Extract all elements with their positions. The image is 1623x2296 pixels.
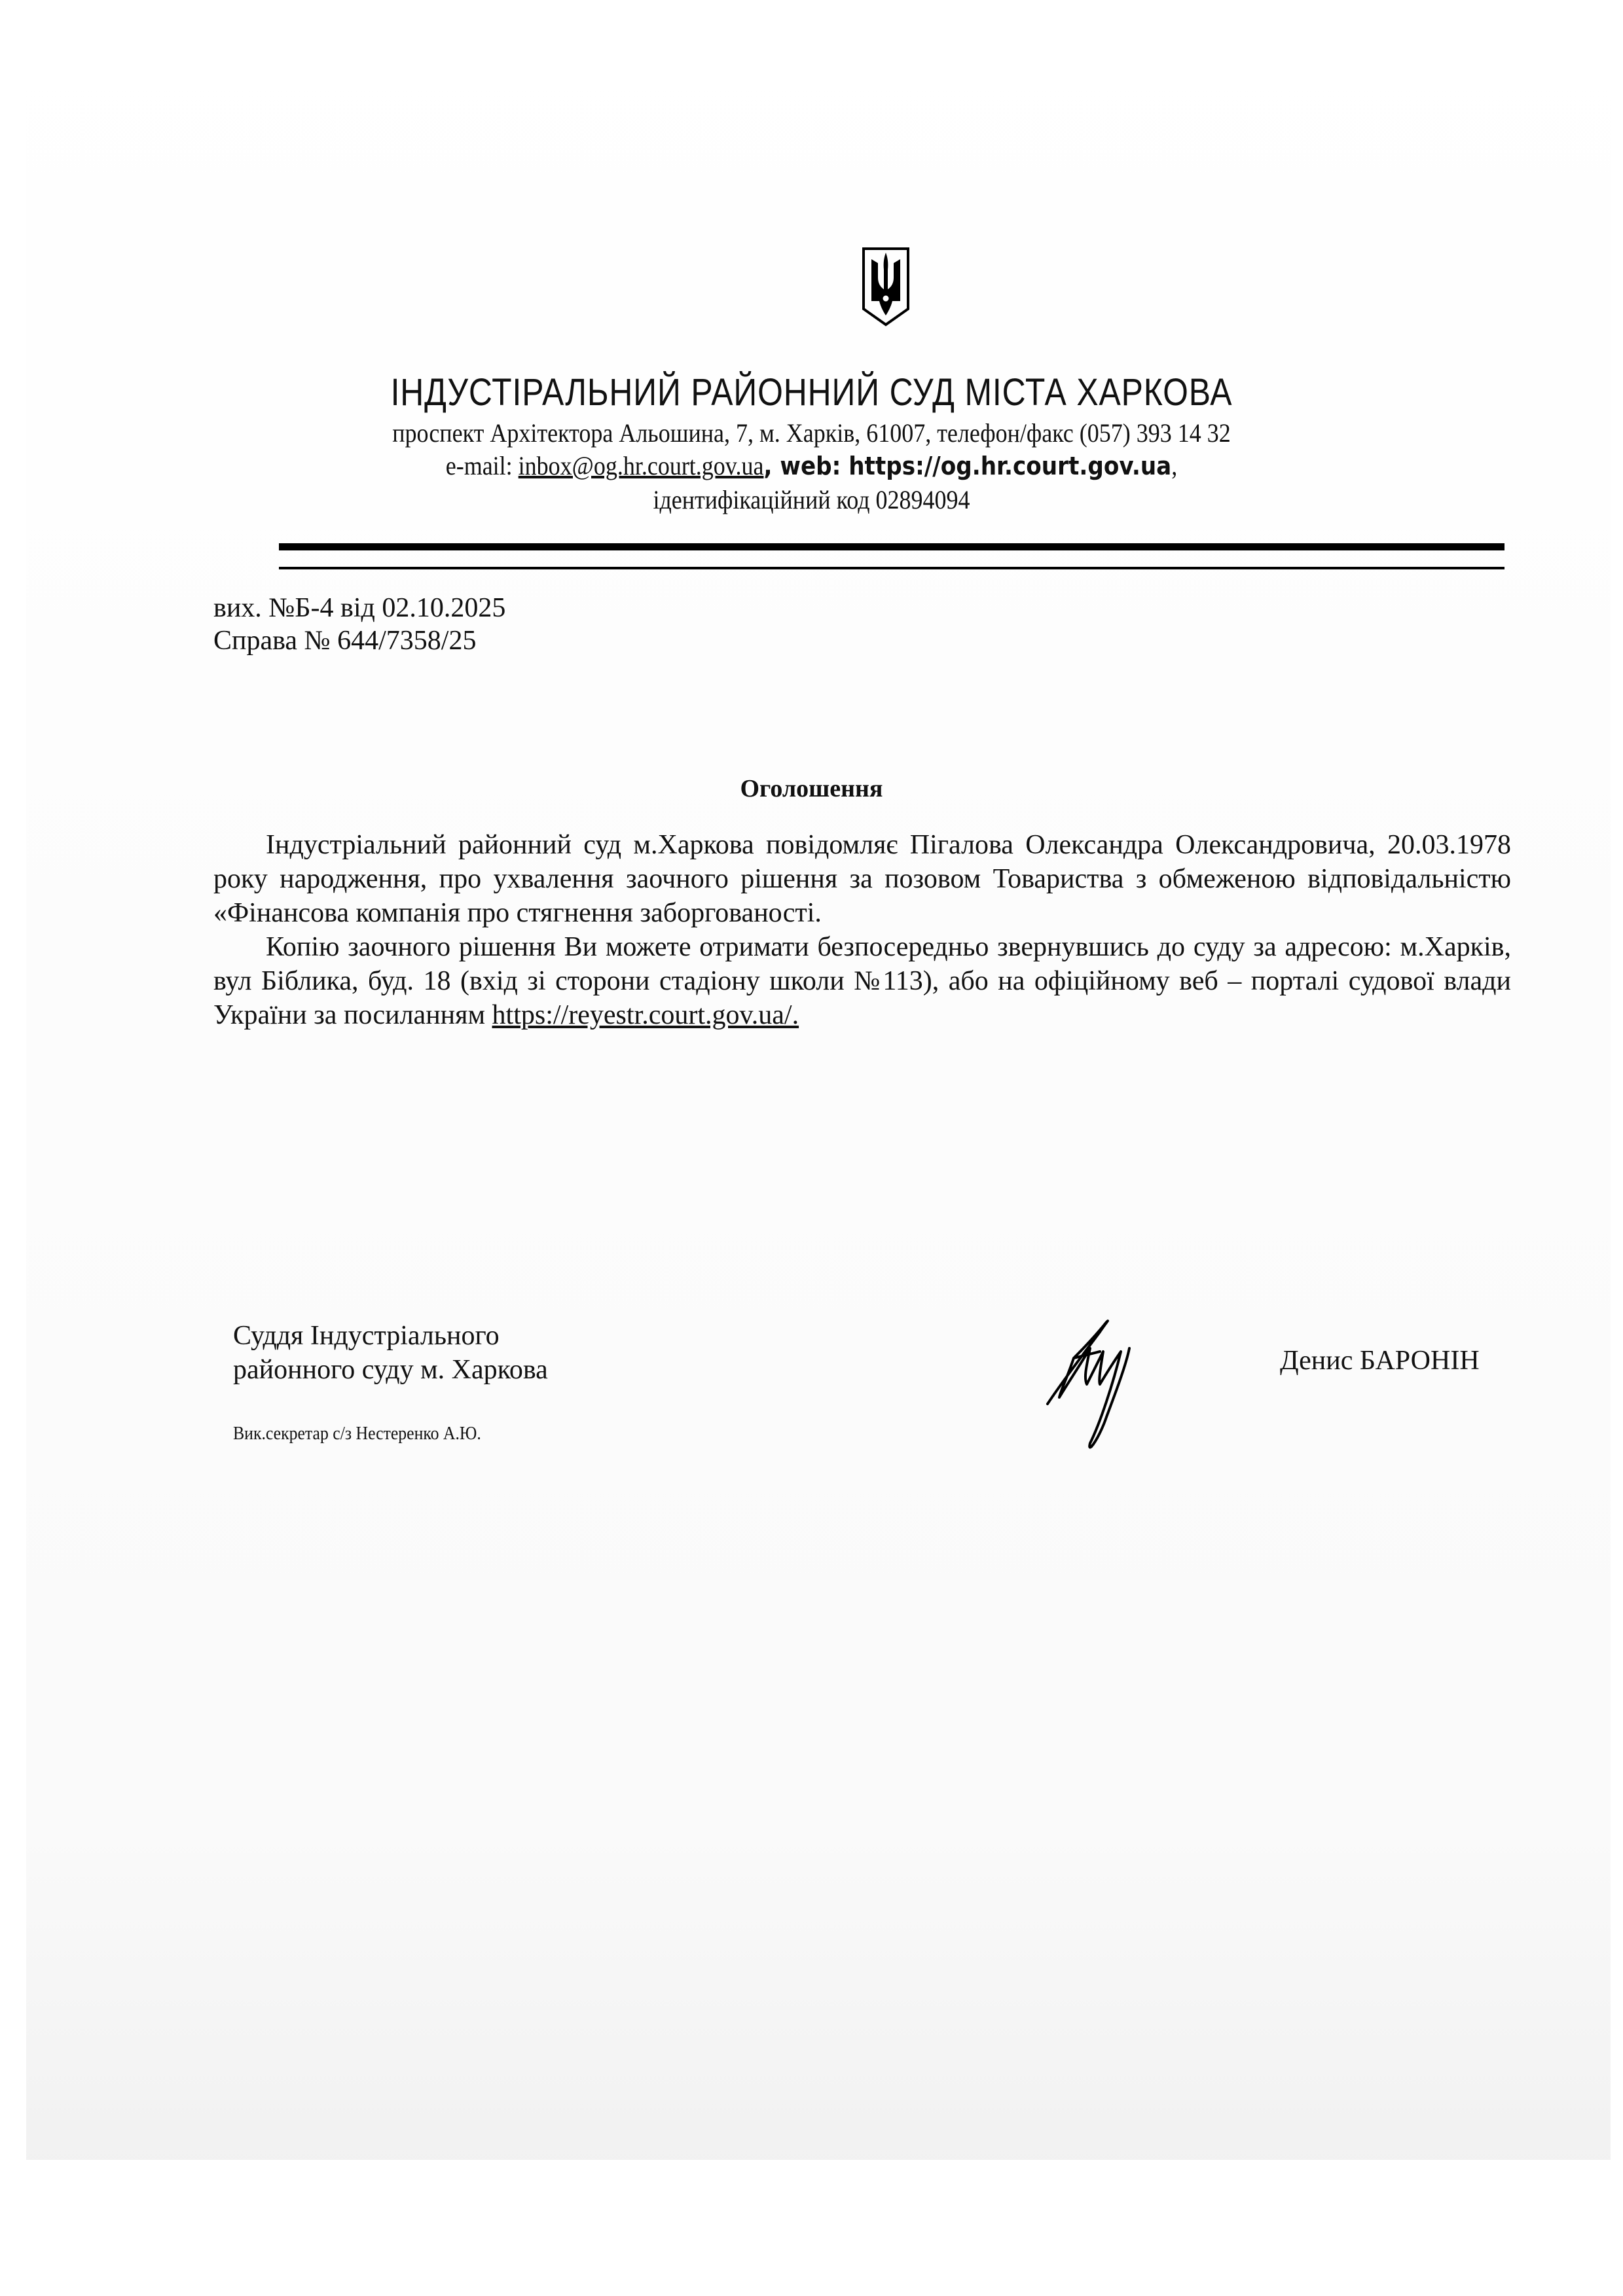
header-divider-thin: [279, 567, 1504, 569]
document-title: Оголошення: [0, 774, 1623, 803]
handwritten-signature-icon: [1034, 1286, 1205, 1456]
id-code: ідентифікаційний код 02894094: [81, 484, 1542, 515]
court-contacts: e-mail: inbox@og.hr.court.gov.ua, web: h…: [81, 450, 1542, 481]
court-address: проспект Архітектора Альошина, 7, м. Хар…: [81, 418, 1542, 448]
judge-name: Денис БАРОНІН: [1280, 1345, 1480, 1376]
email-link[interactable]: inbox@og.hr.court.gov.ua: [519, 451, 764, 480]
web-label: , web:: [763, 452, 848, 480]
paragraph-copy-info: Копію заочного рішення Ви можете отримат…: [213, 930, 1511, 1032]
web-suffix: ,: [1171, 451, 1177, 480]
email-label: e-mail:: [446, 451, 519, 480]
ukraine-coat-of-arms-icon: [860, 241, 912, 331]
court-name: ІНДУСТІРАЛЬНИЙ РАЙОННИЙ СУД МІСТА ХАРКОВ…: [114, 370, 1510, 414]
judge-title-line1: Суддя Індустріального: [233, 1319, 548, 1353]
announcement-body: Індустріальний районний суд м.Харкова по…: [213, 828, 1511, 1032]
case-number: Справа № 644/7358/25: [213, 625, 476, 656]
secretary-note: Вик.секретар с/з Нестеренко А.Ю.: [233, 1424, 481, 1444]
header-divider-thick: [279, 543, 1504, 550]
paragraph-notice: Індустріальний районний суд м.Харкова по…: [213, 828, 1511, 930]
outgoing-number: вих. №Б-4 від 02.10.2025: [213, 592, 505, 624]
registry-link[interactable]: https://reyestr.court.gov.ua/.: [492, 1000, 799, 1030]
judge-title-line2: районного суду м. Харкова: [233, 1353, 548, 1387]
web-link[interactable]: https://og.hr.court.gov.ua: [848, 452, 1171, 480]
judge-title: Суддя Індустріального районного суду м. …: [233, 1319, 548, 1387]
scan-background: [26, 0, 1611, 2160]
paragraph-copy-text: Копію заочного рішення Ви можете отримат…: [213, 932, 1511, 1030]
